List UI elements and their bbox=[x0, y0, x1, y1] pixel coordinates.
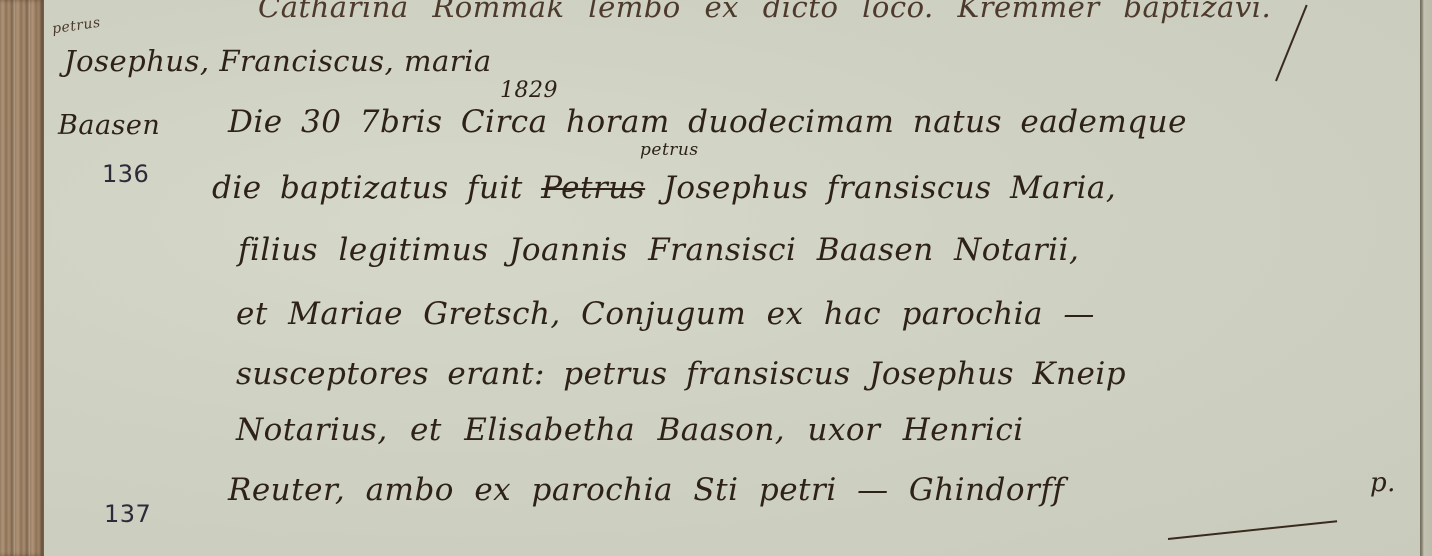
entry-line-6: Notarius, et Elisabetha Baason, uxor Hen… bbox=[236, 412, 1024, 448]
entry-line-2: die baptizatus fuit Petrus Josephus fran… bbox=[212, 170, 1116, 206]
signature-suffix: p. bbox=[1370, 468, 1396, 498]
book-binding bbox=[0, 0, 44, 556]
year-annotation: 1829 bbox=[500, 78, 558, 103]
entry-line-1: Die 30 7bris Circa horam duodecimam natu… bbox=[228, 104, 1187, 140]
margin-surname: Baasen bbox=[58, 110, 160, 141]
interlinear-petrus: petrus bbox=[640, 140, 699, 160]
line2-names: Josephus fransiscus Maria, bbox=[664, 170, 1117, 206]
entry-number-137: 137 bbox=[104, 500, 151, 528]
entry-line-7: Reuter, ambo ex parochia Sti petri — Ghi… bbox=[228, 472, 1064, 508]
entry-line-5: susceptores erant: petrus fransiscus Jos… bbox=[236, 356, 1126, 392]
entry-line-4: et Mariae Gretsch, Conjugum ex hac paroc… bbox=[236, 296, 1095, 332]
struck-word: Petrus bbox=[541, 170, 645, 206]
entry-line-3: filius legitimus Joannis Fransisci Baase… bbox=[238, 232, 1079, 268]
previous-entry-tail: Catharina Rommak lembo ex dicto loco. Kr… bbox=[258, 0, 1271, 24]
entry-number-136: 136 bbox=[102, 160, 149, 188]
line2-lead: die baptizatus fuit bbox=[212, 170, 523, 206]
margin-given-names: Josephus, Franciscus, maria bbox=[64, 44, 492, 78]
page-edge bbox=[1420, 0, 1432, 556]
